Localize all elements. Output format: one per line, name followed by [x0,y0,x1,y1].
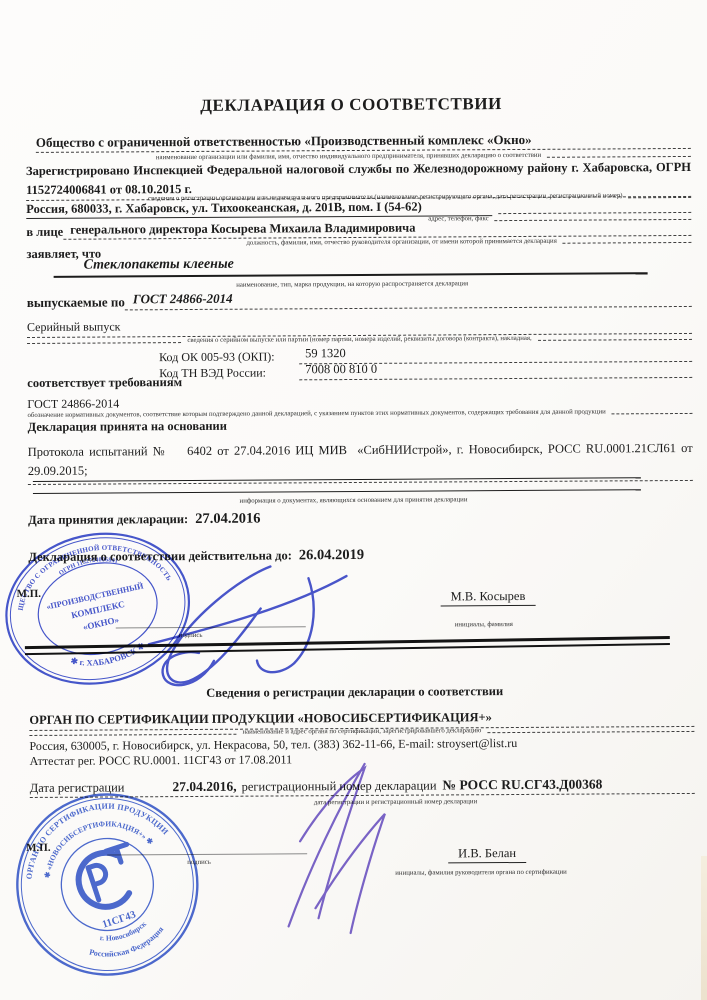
basis-label: Декларация принята на основании [28,419,227,435]
declarant-address: Россия, 680033, г. Хабаровск, ул. Тихоок… [26,199,492,219]
authority-signer-name-field: И.В. Белан [448,844,526,862]
product-name-field: Стеклопакеты клееные [54,252,648,278]
reg-date-value: 27.04.2016, [172,779,236,795]
head-caption: должность, фамилия, имя, отчество руково… [246,237,556,248]
meets-label: соответствует требованиям [27,375,182,391]
dashed-rule [27,342,181,344]
scan-edge-artifact [701,856,707,1000]
adoption-date-value: 27.04.2016 [188,511,260,528]
rst-certification-mark-icon [72,844,144,914]
tnved-line: 7008 00 810 0 [299,358,692,380]
page-title: ДЕКЛАРАЦИЯ О СООТВЕТСТВИИ [0,93,705,117]
okp-value: 59 1320 [299,346,346,360]
tnved-value: 7008 00 810 0 [299,362,377,376]
applicant-signer-name: М.В. Косырев [441,589,536,607]
in-person-label: в лице [26,225,63,240]
basis-caption: информация о документах, являющихся осно… [0,494,707,507]
declarant-name: Общество с ограниченной ответственностью… [36,132,532,151]
blank-rule-2 [33,489,641,494]
scan-content: ДЕКЛАРАЦИЯ О СООТВЕТСТВИИ Общество с огр… [0,0,707,1000]
authority-signer-caption: инициалы, фамилия руководителя органа по… [395,868,567,878]
cert-body-name: ОРГАН ПО СЕРТИФИКАЦИИ ПРОДУКЦИИ «НОВОСИБ… [29,710,492,727]
reg-number-value: № РОСС RU.СГ43.Д00368 [442,776,602,793]
issued-field: выпускаемые по ГОСТ 24866-2014 [27,287,692,311]
applicant-signer-name-field: М.В. Косырев [441,587,536,606]
cert-body-address: Россия, 630005, г. Новосибирск, ул. Некр… [29,736,517,754]
tnved-row: Код ТН ВЭД России: 7008 00 810 0 [159,358,692,381]
product-name: Стеклопакеты клееные [54,257,234,273]
issued-standard-line: ГОСТ 24866-2014 [125,287,692,310]
basis-text: Протокола испытаний № 6402 от 27.04.2016… [28,441,693,478]
issued-standard: ГОСТ 24866-2014 [125,291,233,307]
dashed-rule [487,731,694,733]
dashed-rule [29,734,236,736]
head-caption-row: должность, фамилия, имя, отчество руково… [246,236,691,248]
issued-prefix: выпускаемые по [27,294,125,311]
standard-caption-row: обозначение нормативных документов, соот… [27,407,692,420]
applicant-signer-caption: инициалы, фамилия [455,620,513,629]
applicant-signature [118,548,359,689]
dashed-rule [612,413,693,414]
org-stamp-center-3: «ОКНО» [82,614,120,632]
dashed-rule [538,339,692,341]
authority-signature [270,756,421,942]
authority-signer-name: И.В. Белан [448,846,526,863]
cert-body-caption: наименование и адрес органа по сертифика… [242,726,481,736]
dashed-rule [563,242,692,244]
serial-text: Серийный выпуск [27,319,121,334]
document-page: ДЕКЛАРАЦИЯ О СООТВЕТСТВИИ Общество с огр… [0,0,707,1000]
